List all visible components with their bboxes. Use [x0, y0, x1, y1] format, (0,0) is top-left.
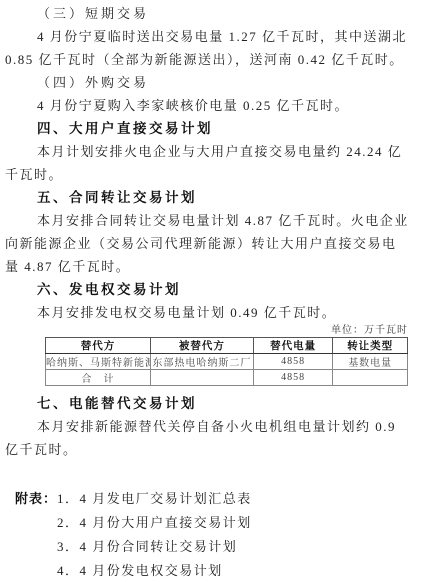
col-header-transfer-type: 转让类型 — [333, 338, 408, 354]
cell-substituted-party: 东部热电哈纳斯二厂 — [150, 354, 253, 370]
cell-substituted-volume: 4858 — [253, 354, 333, 370]
table-unit-label: 单位：万千瓦时 — [5, 324, 416, 337]
col-header-substituting-party: 替代方 — [46, 338, 151, 354]
section-5-line-2: 向新能源企业（交易公司代理新能源）转让大用户直接交易电 — [5, 232, 416, 255]
cell-total-label: 合 计 — [46, 370, 151, 386]
section-3-line-1: 4 月份宁夏临时送出交易电量 1.27 亿千瓦时，其中送湖北 — [5, 25, 416, 48]
substitution-table: 替代方 被替代方 替代电量 转让类型 哈纳斯、马斯特新能源 东部热电哈纳斯二厂 … — [45, 337, 408, 386]
table-total-row: 合 计 4858 — [46, 370, 408, 386]
section-4-sub-heading: （四）外购交易 — [5, 71, 416, 94]
cell-total-blank-1 — [150, 370, 253, 386]
section-4-sub-line-1: 4 月份宁夏购入李家峡核价电量 0.25 亿千瓦时。 — [5, 94, 416, 117]
section-4-line-2: 千瓦时。 — [5, 163, 416, 186]
section-6-heading: 六、发电权交易计划 — [5, 278, 416, 301]
section-4-heading: 四、大用户直接交易计划 — [5, 117, 416, 140]
document-page: （三）短期交易 4 月份宁夏临时送出交易电量 1.27 亿千瓦时，其中送湖北 0… — [0, 0, 422, 582]
section-7-line-2: 亿千瓦时。 — [5, 438, 416, 461]
appendix-label: 附表： — [5, 487, 57, 511]
appendix-item-1: 附表： 1．4 月发电厂交易计划汇总表 — [5, 487, 416, 511]
cell-total-volume: 4858 — [253, 370, 333, 386]
appendix-item-4: 4．4 月份发电权交易计划 — [5, 559, 416, 582]
section-3-heading: （三）短期交易 — [5, 2, 416, 25]
appendix-item-3: 3．4 月份合同转让交易计划 — [5, 535, 416, 559]
cell-substituting-party: 哈纳斯、马斯特新能源 — [46, 354, 151, 370]
appendix-item-1-text: 1．4 月发电厂交易计划汇总表 — [57, 487, 252, 511]
appendix-item-2: 2．4 月份大用户直接交易计划 — [5, 511, 416, 535]
section-5-heading: 五、合同转让交易计划 — [5, 186, 416, 209]
section-7-line-1: 本月安排新能源替代关停自备小火电机组电量计划约 0.9 — [5, 415, 416, 438]
col-header-substituted-volume: 替代电量 — [253, 338, 333, 354]
cell-total-blank-2 — [333, 370, 408, 386]
section-5-line-3: 量 4.87 亿千瓦时。 — [5, 255, 416, 278]
appendix-block: 附表： 1．4 月发电厂交易计划汇总表 2．4 月份大用户直接交易计划 3．4 … — [5, 487, 416, 582]
section-3-line-2: 0.85 亿千瓦时（全部为新能源送出），送河南 0.42 亿千瓦时。 — [5, 48, 416, 71]
table-header-row: 替代方 被替代方 替代电量 转让类型 — [46, 338, 408, 354]
section-6-line-1: 本月安排发电权交易电量计划 0.49 亿千瓦时。 — [5, 301, 416, 324]
section-4-line-1: 本月计划安排火电企业与大用户直接交易电量约 24.24 亿 — [5, 140, 416, 163]
col-header-substituted-party: 被替代方 — [150, 338, 253, 354]
section-5-line-1: 本月安排合同转让交易电量计划 4.87 亿千瓦时。火电企业 — [5, 209, 416, 232]
table-row: 哈纳斯、马斯特新能源 东部热电哈纳斯二厂 4858 基数电量 — [46, 354, 408, 370]
cell-transfer-type: 基数电量 — [333, 354, 408, 370]
section-7-heading: 七、电能替代交易计划 — [5, 392, 416, 415]
